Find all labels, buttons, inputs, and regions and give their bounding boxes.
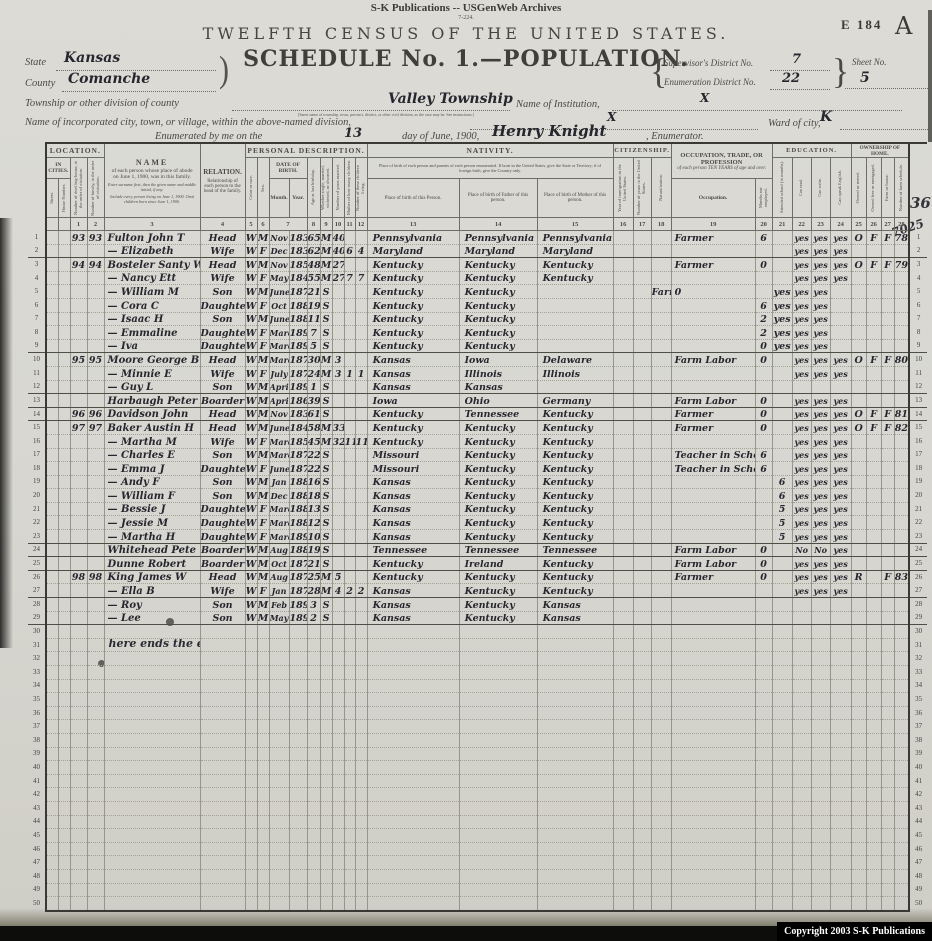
cell-naturalization: [651, 366, 671, 380]
cell-can_read: [792, 652, 811, 666]
cell-years_us: [633, 258, 651, 272]
row-number-left: 15: [28, 421, 46, 435]
cell-marital: M: [320, 570, 332, 584]
cell-house: [58, 271, 70, 285]
column-number: 4: [200, 218, 245, 231]
cell-farm_house: [881, 788, 894, 802]
cell-month: March: [269, 339, 289, 353]
table-row: 269898King James WHeadWMAug187425M5Kentu…: [28, 570, 927, 584]
col-immigration-year: Year of immigration to the United States…: [613, 158, 633, 218]
cell-name: [104, 788, 200, 802]
cell-children_living: [355, 611, 367, 625]
cell-street: [46, 434, 58, 448]
enumerator-suffix: , Enumerator.: [646, 131, 703, 142]
cell-marital: S: [320, 611, 332, 625]
cell-pob: [367, 706, 459, 720]
cell-sex: F: [257, 516, 269, 530]
cell-years_us: [633, 434, 651, 448]
cell-year: 1888: [289, 312, 307, 326]
cell-pob_mother: [537, 298, 613, 312]
cell-month: Nov: [269, 258, 289, 272]
group-education: EDUCATION.: [772, 143, 851, 158]
cell-free_mortgaged: [866, 774, 881, 788]
cell-can_read: [792, 801, 811, 815]
cell-free_mortgaged: [866, 666, 881, 680]
township-label: Township or other division of county: [25, 98, 179, 109]
cell-naturalization: [651, 421, 671, 435]
cell-name: [104, 883, 200, 897]
cell-owned_rented: [851, 312, 866, 326]
cell-farm_schedule: [894, 557, 909, 571]
cell-house: [58, 244, 70, 258]
cell-color: W: [245, 366, 257, 380]
cell-can_english: [830, 693, 851, 707]
cell-owned_rented: [851, 394, 866, 408]
cell-naturalization: [651, 801, 671, 815]
cell-can_read: yes: [792, 434, 811, 448]
cell-years_married: [332, 448, 344, 462]
cell-farm_house: [881, 394, 894, 408]
cell-mother_children: [344, 679, 355, 693]
cell-months_unemployed: [755, 720, 772, 734]
cell-pob: [367, 625, 459, 639]
cell-can_write: yes: [811, 366, 830, 380]
cell-years_us: [633, 666, 651, 680]
cell-sex: [257, 883, 269, 897]
cell-street: [46, 679, 58, 693]
cell-marital: [320, 679, 332, 693]
row-number-left: 18: [28, 462, 46, 476]
cell-relation: [200, 679, 245, 693]
cell-pob_mother: Kentucky: [537, 530, 613, 544]
cell-free_mortgaged: [866, 815, 881, 829]
cell-mother_children: [344, 312, 355, 326]
cell-naturalization: [651, 407, 671, 421]
cell-months_unemployed: 6: [755, 231, 772, 245]
cell-name: [104, 761, 200, 775]
row-number-right: 50: [909, 897, 927, 911]
cell-color: W: [245, 326, 257, 340]
cell-farm_house: [881, 883, 894, 897]
cell-imm_year: [613, 557, 633, 571]
cell-can_write: yes: [811, 421, 830, 435]
cell-street: [46, 801, 58, 815]
cell-mother_children: [344, 326, 355, 340]
cell-school_months: [772, 570, 792, 584]
cell-relation: [200, 883, 245, 897]
cell-house: [58, 897, 70, 911]
cell-imm_year: [613, 326, 633, 340]
cell-children_living: [355, 733, 367, 747]
cell-years_us: [633, 543, 651, 557]
cell-color: [245, 747, 257, 761]
cell-farm_schedule: [894, 842, 909, 856]
cell-dwelling: [70, 502, 87, 516]
cell-sex: [257, 693, 269, 707]
table-row: 16— Martha MWifeWFMarch185545M321111Kent…: [28, 434, 927, 448]
cell-street: [46, 380, 58, 394]
table-row: 3030: [28, 625, 927, 639]
cell-owned_rented: [851, 829, 866, 843]
cell-color: W: [245, 421, 257, 435]
institution-value: X: [700, 91, 709, 105]
cell-years_married: [332, 489, 344, 503]
cell-school_months: [772, 421, 792, 435]
cell-relation: Head: [200, 570, 245, 584]
cell-dwelling: [70, 693, 87, 707]
cell-farm_schedule: 78: [894, 231, 909, 245]
cell-years_us: [633, 693, 651, 707]
cell-family: 96: [87, 407, 104, 421]
cell-sex: M: [257, 489, 269, 503]
cell-can_english: [830, 761, 851, 775]
cell-age: [307, 693, 320, 707]
cell-can_read: yes: [792, 353, 811, 367]
cell-naturalization: [651, 530, 671, 544]
cell-owned_rented: [851, 462, 866, 476]
cell-free_mortgaged: [866, 543, 881, 557]
cell-children_living: [355, 693, 367, 707]
cell-years_married: [332, 462, 344, 476]
row-number-right: 9: [909, 339, 927, 353]
cell-sex: M: [257, 353, 269, 367]
cell-farm_schedule: [894, 285, 909, 299]
column-number: [58, 218, 70, 231]
cell-occupation: [671, 666, 755, 680]
row-number-right: 10: [909, 353, 927, 367]
cell-farm_house: F: [881, 353, 894, 367]
county-line: [62, 91, 216, 92]
cell-sex: M: [257, 285, 269, 299]
cell-pob_mother: Kentucky: [537, 489, 613, 503]
cell-naturalization: [651, 231, 671, 245]
cell-can_read: yes: [792, 407, 811, 421]
cell-imm_year: [613, 638, 633, 652]
cell-months_unemployed: 6: [755, 462, 772, 476]
cell-free_mortgaged: [866, 638, 881, 652]
cell-family: [87, 339, 104, 353]
cell-farm_house: [881, 652, 894, 666]
page-stamp: E 184: [841, 17, 882, 33]
cell-pob_father: [459, 869, 537, 883]
cell-farm_schedule: [894, 611, 909, 625]
cell-farm_house: [881, 693, 894, 707]
cell-can_english: yes: [830, 557, 851, 571]
cell-years_married: [332, 530, 344, 544]
group-personal: PERSONAL DESCRIPTION.: [245, 143, 367, 158]
cell-school_months: [772, 869, 792, 883]
row-number-left: 8: [28, 326, 46, 340]
cell-can_english: yes: [830, 366, 851, 380]
cell-dwelling: [70, 897, 87, 911]
cell-mother_children: 11: [344, 434, 355, 448]
cell-age: [307, 815, 320, 829]
cell-family: [87, 774, 104, 788]
cell-can_read: [792, 883, 811, 897]
table-row: 4343: [28, 801, 927, 815]
cell-year: [289, 774, 307, 788]
table-row: 23— Martha HDaughterWFMarch189010SKansas…: [28, 530, 927, 544]
cell-farm_house: [881, 448, 894, 462]
cell-can_read: [792, 625, 811, 639]
cell-occupation: [671, 244, 755, 258]
cell-color: [245, 869, 257, 883]
cell-farm_house: [881, 530, 894, 544]
table-row: 3636: [28, 706, 927, 720]
cell-year: [289, 829, 307, 843]
cell-months_unemployed: 0: [755, 394, 772, 408]
row-number-left: 50: [28, 897, 46, 911]
row-number-right: 8: [909, 326, 927, 340]
cell-owned_rented: [851, 666, 866, 680]
cell-occupation: [671, 842, 755, 856]
row-number-left: 44: [28, 815, 46, 829]
cell-year: [289, 761, 307, 775]
cell-school_months: [772, 366, 792, 380]
cell-dwelling: [70, 733, 87, 747]
cell-occupation: [671, 774, 755, 788]
cell-imm_year: [613, 679, 633, 693]
row-number-left: 4: [28, 271, 46, 285]
cell-color: W: [245, 448, 257, 462]
cell-name: — William F: [104, 489, 200, 503]
cell-pob_mother: [537, 326, 613, 340]
cell-relation: Son: [200, 380, 245, 394]
cell-month: June: [269, 312, 289, 326]
cell-can_write: yes: [811, 570, 830, 584]
cell-owned_rented: [851, 584, 866, 598]
row-number-left: 10: [28, 353, 46, 367]
cell-occupation: [671, 638, 755, 652]
column-number: 12: [355, 218, 367, 231]
cell-children_living: [355, 231, 367, 245]
cell-marital: S: [320, 394, 332, 408]
table-row: 11— Minnie EWifeWFJuly187524M311KansasIl…: [28, 366, 927, 380]
cell-marital: [320, 883, 332, 897]
cell-can_write: [811, 761, 830, 775]
cell-family: [87, 747, 104, 761]
cell-pob_mother: Kentucky: [537, 502, 613, 516]
cell-naturalization: [651, 516, 671, 530]
cell-can_write: yes: [811, 407, 830, 421]
cell-free_mortgaged: [866, 516, 881, 530]
row-number-right: 33: [909, 666, 927, 680]
cell-dwelling: [70, 475, 87, 489]
cell-years_us: [633, 394, 651, 408]
cell-color: [245, 666, 257, 680]
cell-farm_schedule: 80: [894, 353, 909, 367]
cell-mother_children: [344, 380, 355, 394]
cell-farm_house: [881, 856, 894, 870]
cell-free_mortgaged: [866, 312, 881, 326]
cell-year: 1884: [289, 475, 307, 489]
cell-can_english: yes: [830, 231, 851, 245]
cell-sex: M: [257, 557, 269, 571]
cell-year: 1834: [289, 231, 307, 245]
row-number-right: 19: [909, 475, 927, 489]
cell-relation: [200, 788, 245, 802]
cell-house: [58, 258, 70, 272]
cell-farm_schedule: [894, 394, 909, 408]
cell-naturalization: [651, 747, 671, 761]
cell-children_living: [355, 625, 367, 639]
cell-street: [46, 706, 58, 720]
cell-age: 30: [307, 353, 320, 367]
cell-color: W: [245, 516, 257, 530]
cell-pob_father: Kentucky: [459, 271, 537, 285]
cell-dwelling: [70, 747, 87, 761]
cell-age: 62: [307, 244, 320, 258]
cell-farm_schedule: [894, 869, 909, 883]
cell-year: [289, 679, 307, 693]
cell-month: [269, 869, 289, 883]
cell-street: [46, 421, 58, 435]
cell-name: Davidson John: [104, 407, 200, 421]
cell-pob: Iowa: [367, 394, 459, 408]
cell-house: [58, 733, 70, 747]
cell-age: 45: [307, 434, 320, 448]
cell-farm_house: [881, 298, 894, 312]
cell-relation: Head: [200, 231, 245, 245]
cell-can_english: yes: [830, 434, 851, 448]
cell-children_living: [355, 666, 367, 680]
cell-imm_year: [613, 380, 633, 394]
cell-marital: S: [320, 502, 332, 516]
row-number-left: 38: [28, 733, 46, 747]
cell-farm_house: [881, 557, 894, 571]
cell-children_living: [355, 679, 367, 693]
cell-years_married: [332, 733, 344, 747]
cell-pob: [367, 815, 459, 829]
cell-house: [58, 706, 70, 720]
cell-occupation: Farm Labor: [671, 557, 755, 571]
cell-years_us: [633, 584, 651, 598]
cell-pob_father: Tennessee: [459, 543, 537, 557]
cell-can_write: [811, 842, 830, 856]
cell-imm_year: [613, 285, 633, 299]
cell-name: [104, 679, 200, 693]
cell-years_married: [332, 897, 344, 911]
cell-farm_house: [881, 666, 894, 680]
row-number-right: 43: [909, 801, 927, 815]
group-ownership: OWNERSHIP OF HOME.: [851, 143, 909, 158]
cell-marital: [320, 761, 332, 775]
cell-pob_mother: Pennsylvania: [537, 231, 613, 245]
cell-months_unemployed: [755, 502, 772, 516]
cell-relation: [200, 747, 245, 761]
cell-months_unemployed: [755, 598, 772, 612]
cell-age: 25: [307, 570, 320, 584]
cell-mother_children: [344, 543, 355, 557]
cell-occupation: [671, 380, 755, 394]
cell-family: 98: [87, 570, 104, 584]
cell-color: W: [245, 598, 257, 612]
cell-years_us: [633, 244, 651, 258]
cell-marital: S: [320, 543, 332, 557]
cell-can_write: [811, 897, 830, 911]
col-occupation: Occupation.: [671, 179, 755, 218]
cell-marital: [320, 869, 332, 883]
cell-name: [104, 869, 200, 883]
cell-months_unemployed: [755, 475, 772, 489]
cell-year: 1870: [289, 353, 307, 367]
cell-years_us: [633, 761, 651, 775]
cell-occupation: [671, 326, 755, 340]
cell-can_write: yes: [811, 530, 830, 544]
cell-month: [269, 842, 289, 856]
cell-farm_house: [881, 625, 894, 639]
cell-street: [46, 516, 58, 530]
cell-months_unemployed: 0: [755, 353, 772, 367]
cell-year: 1845: [289, 271, 307, 285]
cell-sex: [257, 666, 269, 680]
cell-pob: Kentucky: [367, 434, 459, 448]
cell-can_read: yes: [792, 557, 811, 571]
cell-free_mortgaged: [866, 747, 881, 761]
cell-pob_father: Kentucky: [459, 339, 537, 353]
cell-pob: Kentucky: [367, 312, 459, 326]
cell-month: Aug: [269, 570, 289, 584]
cell-farm_schedule: [894, 897, 909, 911]
cell-dwelling: [70, 380, 87, 394]
row-number-left: 36: [28, 706, 46, 720]
cell-free_mortgaged: [866, 897, 881, 911]
cell-years_us: [633, 421, 651, 435]
cell-year: 1877: [289, 462, 307, 476]
cell-free_mortgaged: [866, 869, 881, 883]
cell-can_read: [792, 638, 811, 652]
cell-school_months: [772, 666, 792, 680]
cell-age: [307, 869, 320, 883]
table-row: 3333: [28, 666, 927, 680]
cell-name: — Andy F: [104, 475, 200, 489]
col-owned-rented: Owned or rented.: [851, 158, 866, 218]
cell-dwelling: [70, 489, 87, 503]
cell-color: W: [245, 502, 257, 516]
table-row: 7— Isaac HSonWMJune188811SKentuckyKentuc…: [28, 312, 927, 326]
cell-occupation: [671, 625, 755, 639]
cell-relation: Daughter: [200, 530, 245, 544]
row-number-right: 44: [909, 815, 927, 829]
row-number-right: 12: [909, 380, 927, 394]
cell-year: 1852: [289, 258, 307, 272]
cell-family: [87, 489, 104, 503]
cell-pob: [367, 883, 459, 897]
cell-pob_mother: Kansas: [537, 598, 613, 612]
cell-school_months: 5: [772, 502, 792, 516]
cell-years_married: [332, 747, 344, 761]
cell-farm_schedule: [894, 679, 909, 693]
cell-years_us: [633, 285, 651, 299]
cell-months_unemployed: [755, 829, 772, 843]
cell-age: 58: [307, 421, 320, 435]
cell-street: [46, 720, 58, 734]
cell-sex: M: [257, 231, 269, 245]
cell-street: [46, 557, 58, 571]
cell-can_read: [792, 869, 811, 883]
cell-sex: M: [257, 380, 269, 394]
table-row: 27— Ella BWifeWFJan187228M422KansasKentu…: [28, 584, 927, 598]
cell-imm_year: [613, 842, 633, 856]
cell-can_english: yes: [830, 475, 851, 489]
cell-years_us: [633, 788, 651, 802]
cell-house: [58, 380, 70, 394]
cell-age: [307, 638, 320, 652]
cell-children_living: [355, 489, 367, 503]
cell-can_read: yes: [792, 502, 811, 516]
cell-school_months: [772, 638, 792, 652]
cell-name: — Emma J: [104, 462, 200, 476]
